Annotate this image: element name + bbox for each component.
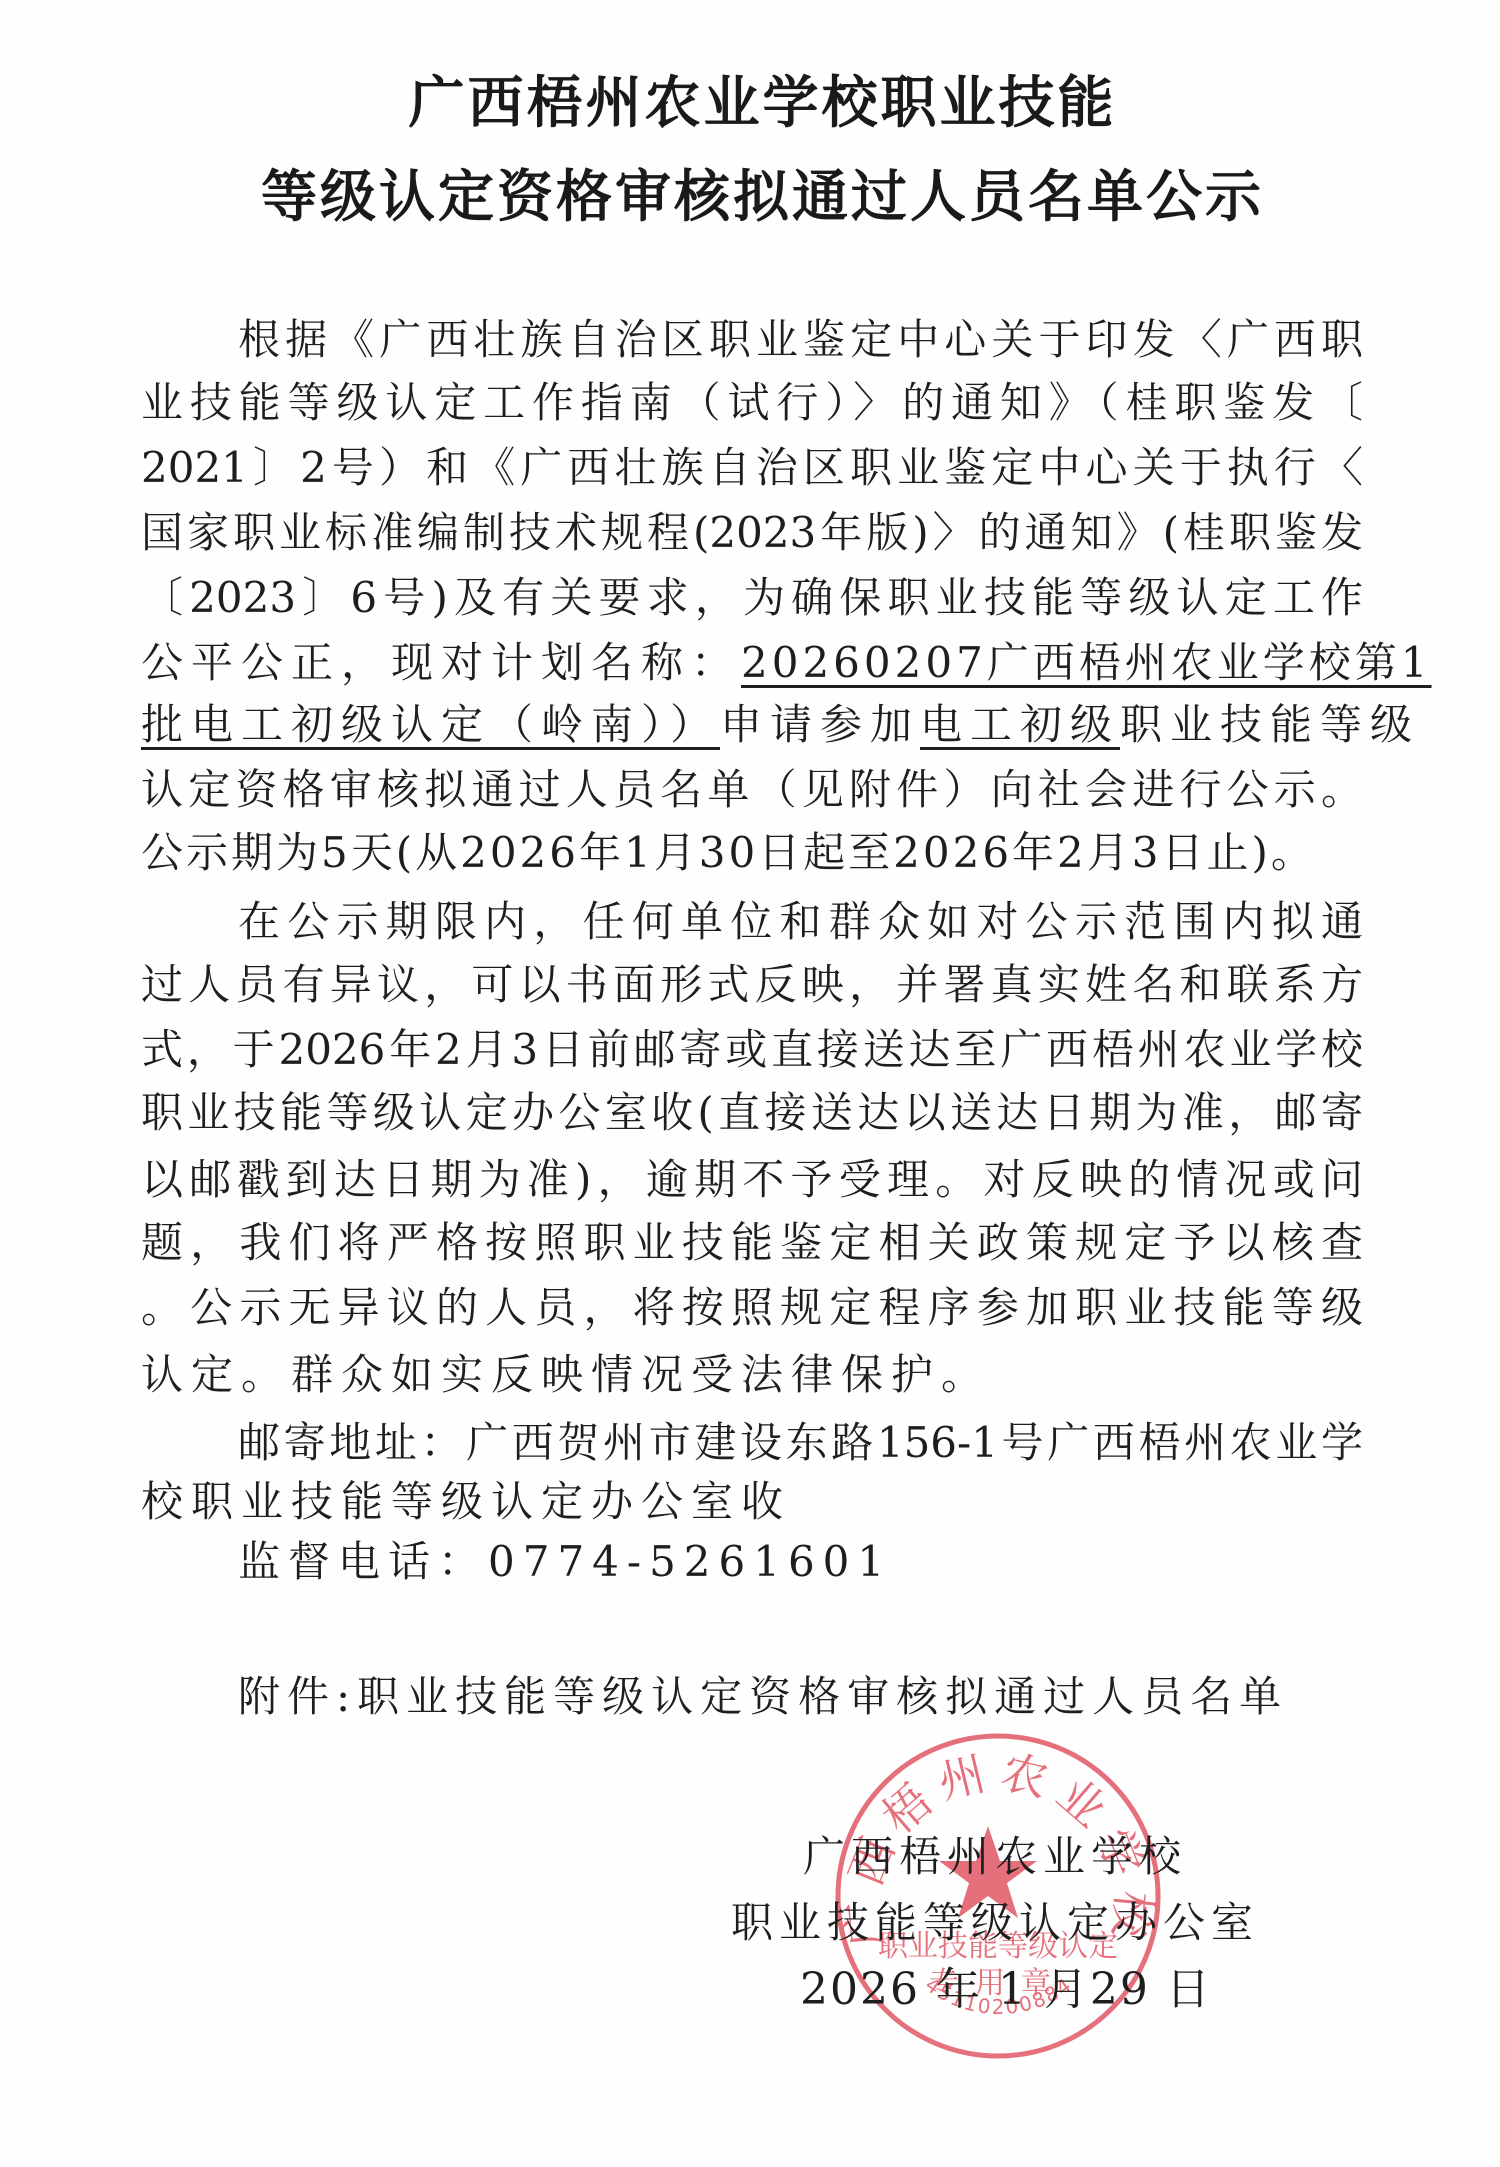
body-line: 以邮戳到达日期为准)，逾期不予受理。对反映的情况或问 xyxy=(141,1150,1363,1210)
signature-org: 广西梧州农业学校 xyxy=(795,1827,1195,1887)
occupation-level-underlined: 电工初级 xyxy=(920,695,1120,755)
document-page: 广西梧州农业学校职业技能 等级认定资格审核拟通过人员名单公示 根据《广西壮族自治… xyxy=(0,0,1500,2167)
signature-dept: 职业技能等级认定办公室 xyxy=(725,1893,1265,1953)
body-line-publicity-period: 公示期为5天(从2026年1月30日起至2026年2月3日止)。 xyxy=(141,823,1316,883)
plan-name-underlined: 20260207广西梧州农业学校第1 xyxy=(741,633,1432,693)
signature-date: 2026 年 1 月29 日 xyxy=(800,1960,1190,2020)
body-line: 在公示期限内，任何单位和群众如对公示范围内拟通 xyxy=(238,892,1363,952)
supervision-phone: 监督电话：0774-5261601 xyxy=(238,1532,892,1592)
mailing-address-line-cont: 校职业技能等级认定办公室收 xyxy=(141,1472,791,1532)
apply-label: 申请参加 xyxy=(720,695,920,755)
body-line: 认定。群众如实反映情况受法律保护。 xyxy=(141,1345,991,1405)
body-line: 国家职业标准编制技术规程(2023年版)〉的通知》(桂职鉴发 xyxy=(141,503,1363,563)
body-line: 2021〕2号）和《广西壮族自治区职业鉴定中心关于执行〈 xyxy=(141,438,1363,498)
body-line-occupation: 批电工初级认定（岭南）） 申请参加 电工初级 职业技能等级 xyxy=(141,695,1363,755)
document-title-line-2: 等级认定资格审核拟通过人员名单公示 xyxy=(0,165,1500,229)
body-line: 。公示无异议的人员，将按照规定程序参加职业技能等级 xyxy=(141,1278,1363,1338)
body-line: 〔2023〕6号)及有关要求，为确保职业技能等级认定工作 xyxy=(141,568,1363,628)
mailing-address-line: 邮寄地址：广西贺州市建设东路156-1号广西梧州农业学 xyxy=(238,1413,1363,1473)
body-line-plan-name: 公平公正，现对计划名称： 20260207广西梧州农业学校第1 xyxy=(141,633,1363,693)
body-line: 式，于2026年2月3日前邮寄或直接送达至广西梧州农业学校 xyxy=(141,1020,1363,1080)
body-line: 业技能等级认定工作指南（试行）〉的通知》（桂职鉴发〔 xyxy=(141,373,1363,433)
body-line: 认定资格审核拟通过人员名单（见附件）向社会进行公示。 xyxy=(141,760,1363,820)
plan-label: 公平公正，现对计划名称： xyxy=(141,633,741,693)
body-line: 题，我们将严格按照职业技能鉴定相关政策规定予以核查 xyxy=(141,1213,1363,1273)
attachment-line: 附件:职业技能等级认定资格审核拟通过人员名单 xyxy=(238,1667,1288,1727)
document-title-line-1: 广西梧州农业学校职业技能 xyxy=(0,71,1500,135)
body-line: 根据《广西壮族自治区职业鉴定中心关于印发〈广西职 xyxy=(238,310,1363,370)
body-line: 过人员有异议，可以书面形式反映，并署真实姓名和联系方 xyxy=(141,955,1363,1015)
plan-name-underlined-cont: 批电工初级认定（岭南）） xyxy=(141,695,720,755)
skill-level-label: 职业技能等级 xyxy=(1120,695,1420,755)
body-line: 职业技能等级认定办公室收(直接送达以送达日期为准，邮寄 xyxy=(141,1083,1363,1143)
